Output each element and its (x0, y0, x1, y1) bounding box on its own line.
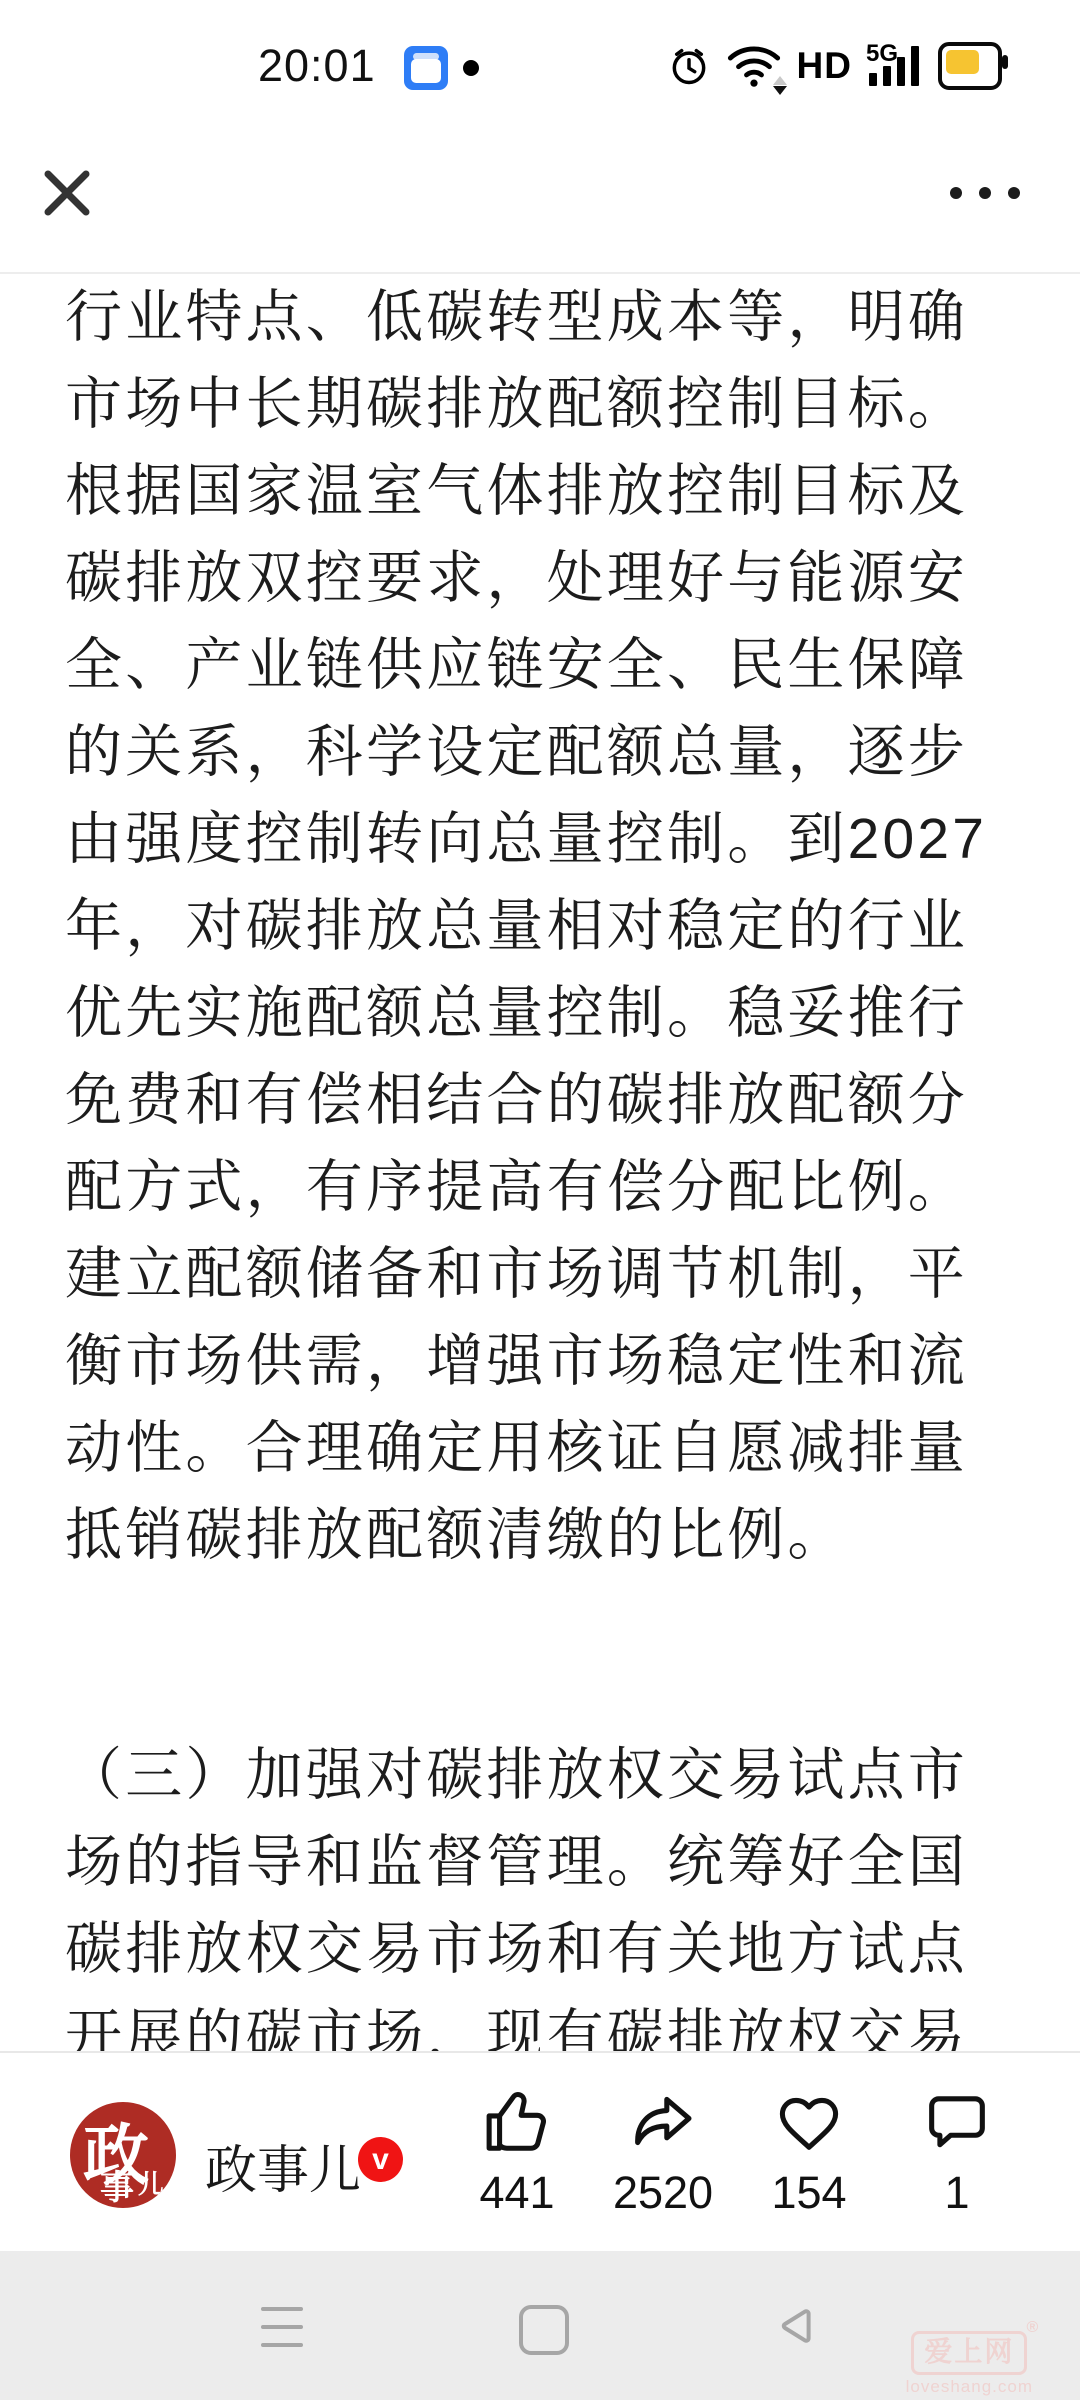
article-body: 行业特点、低碳转型成本等，明确市场中长期碳排放配额控制目标。根据国家温室气体排放… (65, 274, 1025, 2080)
heart-icon (771, 2083, 847, 2159)
thumbs-up-icon (479, 2083, 555, 2159)
status-icons-group: HD 5G (667, 42, 1002, 90)
wifi-traffic-arrows-icon (773, 76, 787, 95)
article-text-line: 衡市场供需，增强市场稳定性和流 (65, 1318, 1025, 1405)
share-arrow-icon (625, 2083, 701, 2159)
like-button[interactable]: 441 (442, 2053, 592, 2253)
favorite-button[interactable]: 154 (734, 2053, 884, 2253)
phone-screen: { "status_bar": { "time": "20:01", "hd_l… (0, 0, 1080, 2400)
article-text-line: 的关系，科学设定配额总量，逐步 (65, 709, 1025, 796)
site-watermark: 爱上网 ® loveshang.com (906, 2331, 1033, 2395)
close-icon[interactable] (42, 168, 92, 218)
notification-dot-icon (463, 60, 479, 76)
like-count: 441 (479, 2167, 554, 2219)
watermark-brand-box: 爱上网 ® (911, 2331, 1027, 2375)
registered-mark: ® (1027, 2320, 1041, 2336)
article-text-line: 抵销碳排放配额清缴的比例。 (65, 1492, 1025, 1579)
article-text-line: 碳排放权交易市场和有关地方试点 (65, 1906, 1025, 1993)
article-text-line: 由强度控制转向总量控制。到2027 (65, 796, 1025, 883)
article-text-line: 根据国家温室气体排放控制目标及 (65, 448, 1025, 535)
article-text-line: 建立配额储备和市场调节机制，平 (65, 1231, 1025, 1318)
article-text-line: 动性。合理确定用核证自愿减排量 (65, 1405, 1025, 1492)
alarm-clock-icon (667, 43, 711, 89)
bottom-action-bar: 政 事 儿 政事儿 v 441 2520 154 (0, 2051, 1080, 2253)
home-icon[interactable] (519, 2305, 569, 2355)
avatar-glyph-sub2: 儿 (138, 2164, 164, 2201)
article-text-line: 配方式，有序提高有偿分配比例。 (65, 1144, 1025, 1231)
article-paragraph: 行业特点、低碳转型成本等，明确市场中长期碳排放配额控制目标。根据国家温室气体排放… (65, 274, 1025, 1579)
favorite-count: 154 (771, 2167, 846, 2219)
status-bar: 20:01 HD 5G (0, 0, 1080, 100)
avatar-glyph-sub: 事 (100, 2160, 134, 2208)
article-text-line: 年，对碳排放总量相对稳定的行业 (65, 883, 1025, 970)
share-button[interactable]: 2520 (588, 2053, 738, 2253)
battery-level-fill (946, 50, 979, 74)
comment-count: 1 (944, 2167, 969, 2219)
account-name[interactable]: 政事儿 (205, 2128, 361, 2203)
comment-bubble-icon (919, 2083, 995, 2159)
clock-time: 20:01 (258, 40, 376, 92)
signal-strength-icon: 5G (866, 44, 924, 88)
article-paragraph: （三）加强对碳排放权交易试点市场的指导和监督管理。统筹好全国碳排放权交易市场和有… (65, 1732, 1025, 2080)
more-menu-icon[interactable] (950, 178, 1020, 208)
back-icon[interactable] (772, 2302, 820, 2350)
article-text-line: 免费和有偿相结合的碳排放配额分 (65, 1057, 1025, 1144)
account-avatar[interactable]: 政 事 儿 (70, 2102, 176, 2208)
recents-icon[interactable] (261, 2307, 303, 2347)
share-count: 2520 (613, 2167, 713, 2219)
watermark-brand: 爱上网 (924, 2336, 1014, 2367)
article-text-line: 场的指导和监督管理。统筹好全国 (65, 1819, 1025, 1906)
battery-icon (938, 42, 1002, 90)
article-text-line: 行业特点、低碳转型成本等，明确 (65, 274, 1025, 361)
article-text-line: 碳排放双控要求，处理好与能源安 (65, 535, 1025, 622)
screenshot-notification-icon (404, 46, 448, 90)
watermark-domain: loveshang.com (906, 2378, 1033, 2395)
action-buttons-group: 441 2520 154 1 (440, 2053, 1040, 2253)
article-text-line: 全、产业链供应链安全、民生保障 (65, 622, 1025, 709)
verified-badge: v (358, 2137, 403, 2182)
wifi-icon (725, 43, 783, 89)
article-text-line: 市场中长期碳排放配额控制目标。 (65, 361, 1025, 448)
system-nav-bar: 爱上网 ® loveshang.com (0, 2251, 1080, 2400)
hd-volte-indicator: HD (797, 45, 852, 87)
comment-button[interactable]: 1 (882, 2053, 1032, 2253)
network-type-label: 5G (866, 40, 898, 68)
screenshot-icon-card (411, 59, 441, 83)
battery-cap (1002, 55, 1008, 69)
article-text-line: 优先实施配额总量控制。稳妥推行 (65, 970, 1025, 1057)
article-text-line: （三）加强对碳排放权交易试点市 (65, 1732, 1025, 1819)
